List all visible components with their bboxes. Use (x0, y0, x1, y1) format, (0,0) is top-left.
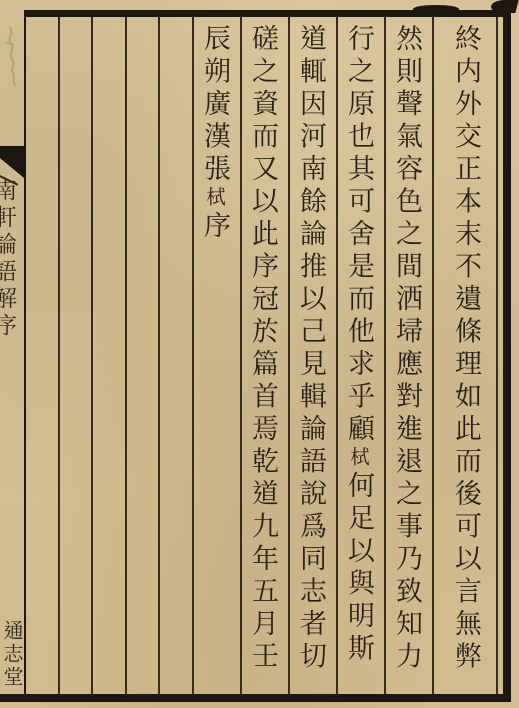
text-column-3: 行之原也其可舍是而他求乎顧栻何足以與明斯 (338, 17, 386, 694)
border-ink-bump (413, 5, 459, 13)
fishtail-mark-icon (0, 146, 24, 178)
text-column-4: 道輒因河南餘論推以己見輯論語說爲同志者切 (290, 17, 338, 694)
text-frame: 終内外交正本末不遺條理如此而後可以言無弊 然則聲氣容色之間洒埽應對進退之事乃致知… (24, 10, 511, 702)
empty-column-2 (127, 17, 161, 694)
text-column-2: 然則聲氣容色之間洒埽應對進退之事乃致知力 (386, 17, 434, 694)
spine-gutter: 南軒論語解序 通志堂 (0, 0, 24, 708)
publisher-mark: 通志堂 (1, 620, 23, 689)
empty-column-5 (26, 17, 60, 694)
empty-column-1 (160, 17, 194, 694)
empty-column-3 (93, 17, 127, 694)
empty-column-4 (60, 17, 94, 694)
bottom-border-extension (0, 694, 24, 702)
book-page-scan: { "colors":{ "paper":"#d5bf93", "ink":"#… (0, 0, 519, 708)
text-column-1: 終内外交正本末不遺條理如此而後可以言無弊 (434, 17, 496, 694)
corner-ink-smudge-icon (489, 0, 518, 13)
inner-margin-line (496, 17, 503, 694)
text-column-5: 磋之資而又以此序冠於篇首焉乾道九年五月壬 (242, 17, 290, 694)
text-column-6: 辰朔廣漢張栻序 (194, 17, 242, 694)
spine-title: 南軒論語解序 (0, 178, 15, 340)
column-grid: 終内外交正本末不遺條理如此而後可以言無弊 然則聲氣容色之間洒埽應對進退之事乃致知… (26, 17, 503, 694)
pencil-annotation (0, 24, 24, 94)
